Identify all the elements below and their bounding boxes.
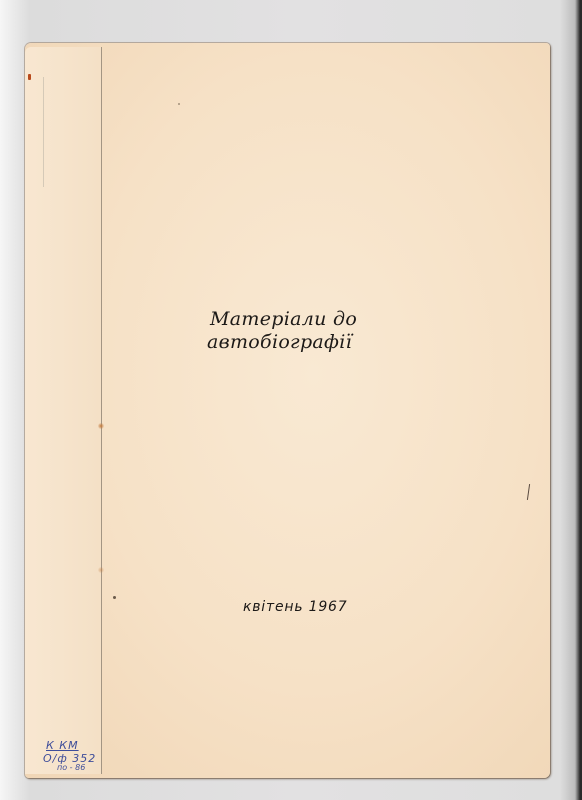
title-line-1: Матеріали до <box>210 308 357 331</box>
archive-stamp: К КМ О/ф 352 по - 86 <box>43 739 96 774</box>
document-title: Матеріали до автобіографії <box>210 308 357 354</box>
archive-code: К КМ <box>46 739 96 752</box>
binding-spine-strip: К КМ О/ф 352 по - 86 <box>25 47 102 774</box>
document-date: квітень 1967 <box>243 599 347 615</box>
spine-crease <box>43 77 44 187</box>
paper-scratch <box>527 484 530 500</box>
paper-speck <box>113 596 116 599</box>
stain-mark <box>98 567 104 573</box>
staple-rust-mark <box>28 74 31 80</box>
stain-mark <box>98 423 104 429</box>
document-cover: К КМ О/ф 352 по - 86 Матеріали до автобі… <box>25 43 550 778</box>
paper-speck <box>178 103 180 105</box>
title-line-2: автобіографії <box>207 331 357 354</box>
